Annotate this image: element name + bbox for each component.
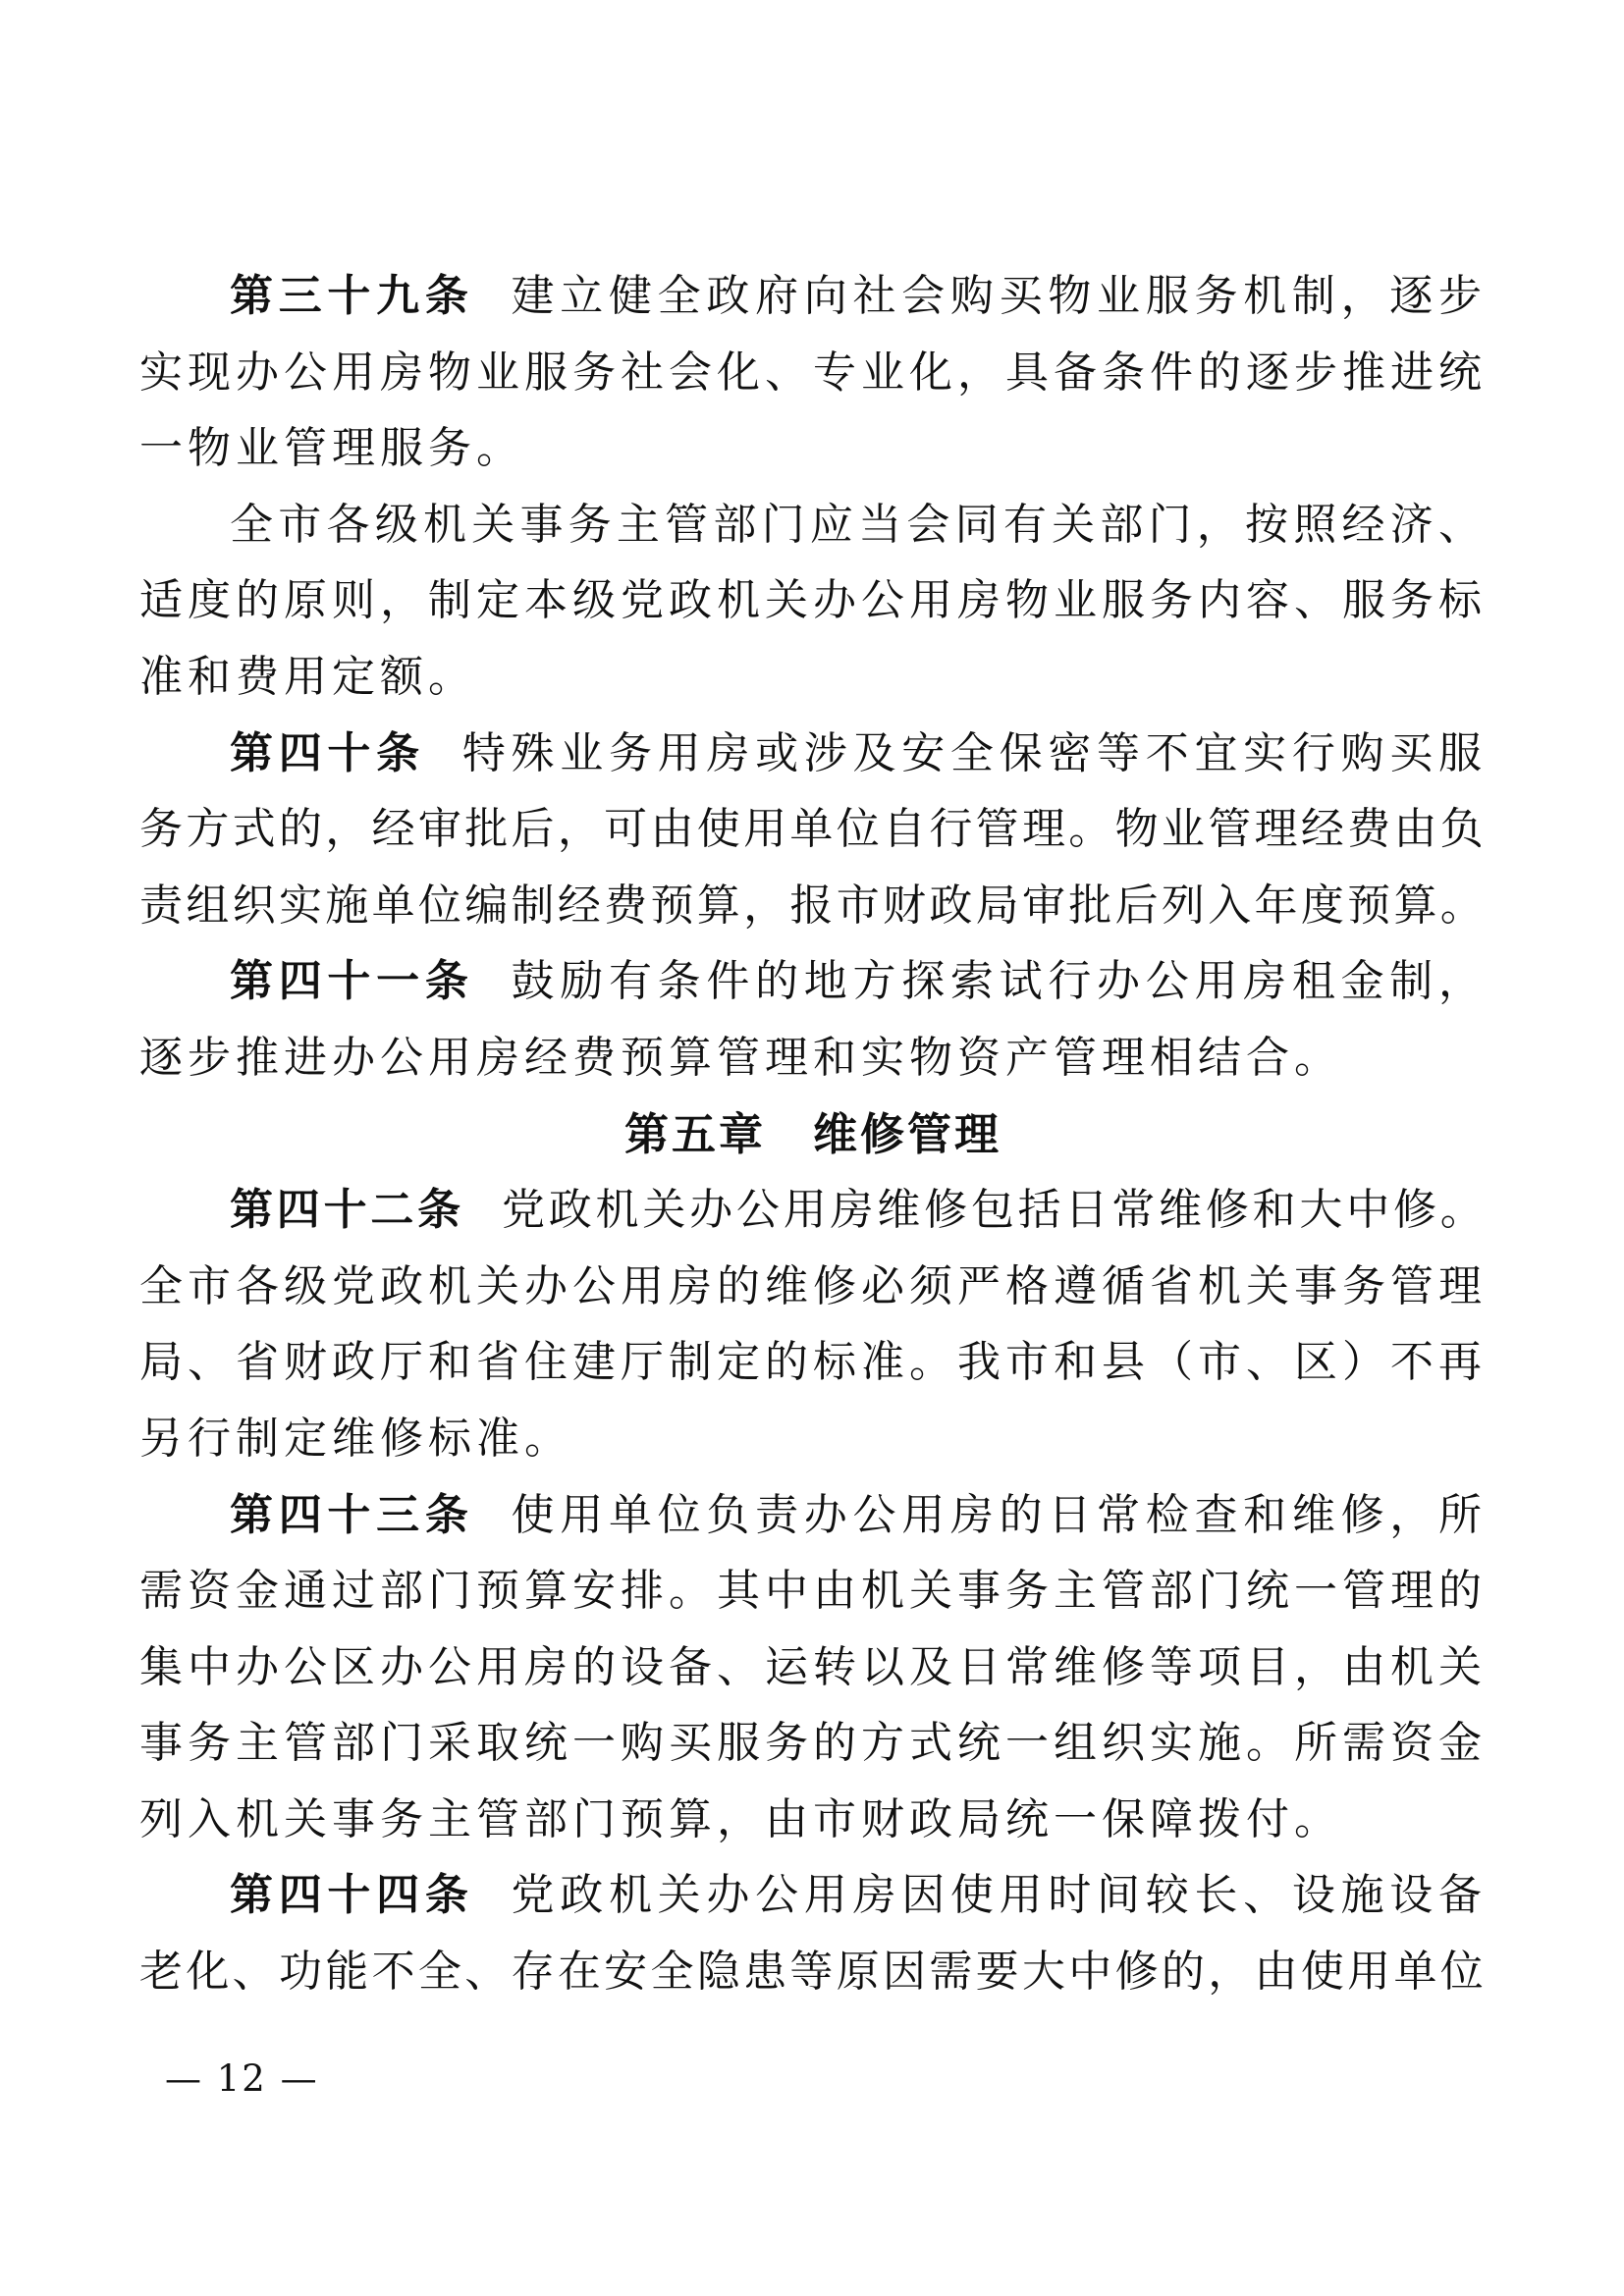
text-line: 事务主管部门采取统一购买服务的方式统一组织实施。所需资金 [139,1705,1487,1782]
article-number: 第四十二条 [230,1186,464,1234]
line-text: 另行制定维修标准。 [139,1415,572,1463]
line-text: 老化、功能不全、存在安全隐患等原因需要大中修的，由使用单位 [139,1948,1487,1996]
article-number: 第四十三条 [230,1491,474,1539]
text-line: 准和费用定额。 [139,639,1487,716]
text-line: 列入机关事务主管部门预算，由市财政局统一保障拨付。 [139,1782,1487,1858]
text-line: 全市各级党政机关办公用房的维修必须严格遵循省机关事务管理 [139,1249,1487,1325]
document-page: 第三十九条建立健全政府向社会购买物业服务机制，逐步 实现办公用房物业服务社会化、… [0,0,1624,2296]
text-line: 第四十条特殊业务用房或涉及安全保密等不宜实行购买服 [139,716,1487,792]
line-text: 需资金通过部门预算安排。其中由机关事务主管部门统一管理的 [139,1567,1487,1615]
chapter-heading: 第五章 维修管理 [139,1096,1487,1173]
text-line: 集中办公区办公用房的设备、运转以及日常维修等项目，由机关 [139,1629,1487,1706]
line-text: 局、省财政厅和省住建厅制定的标准。我市和县（市、区）不再 [139,1338,1487,1386]
page-number: — 12 — [165,2057,319,2101]
text-line: 第四十三条使用单位负责办公用房的日常检查和维修，所 [139,1477,1487,1554]
text-line: 实现办公用房物业服务社会化、专业化，具备条件的逐步推进统 [139,335,1487,411]
text-line: 第四十二条党政机关办公用房维修包括日常维修和大中修。 [139,1172,1487,1249]
line-text: 事务主管部门采取统一购买服务的方式统一组织实施。所需资金 [139,1719,1487,1767]
text-line: 务方式的，经审批后，可由使用单位自行管理。物业管理经费由负 [139,791,1487,868]
line-text: 准和费用定额。 [139,653,476,701]
text-line: 局、省财政厅和省住建厅制定的标准。我市和县（市、区）不再 [139,1324,1487,1401]
text-line: 适度的原则，制定本级党政机关办公用房物业服务内容、服务标 [139,562,1487,639]
text-line: 全市各级机关事务主管部门应当会同有关部门，按照经济、 [139,487,1487,563]
line-text: 特殊业务用房或涉及安全保密等不宜实行购买服 [462,729,1487,777]
article-number: 第三十九条 [230,272,474,320]
text-line: 另行制定维修标准。 [139,1401,1487,1477]
article-number: 第四十条 [230,729,425,777]
line-text: 适度的原则，制定本级党政机关办公用房物业服务内容、服务标 [139,576,1487,624]
article-number: 第四十一条 [230,957,474,1005]
line-text: 鼓励有条件的地方探索试行办公用房租金制， [512,957,1487,1005]
line-text: 逐步推进办公用房经费预算管理和实物资产管理相结合。 [139,1034,1342,1082]
line-text: 党政机关办公用房因使用时间较长、设施设备 [512,1871,1487,1919]
text-line: 逐步推进办公用房经费预算管理和实物资产管理相结合。 [139,1020,1487,1096]
article-number: 第四十四条 [230,1871,474,1919]
line-text: 使用单位负责办公用房的日常检查和维修，所 [512,1491,1487,1539]
text-line: 责组织实施单位编制经费预算，报市财政局审批后列入年度预算。 [139,868,1487,944]
line-text: 全市各级党政机关办公用房的维修必须严格遵循省机关事务管理 [139,1262,1487,1310]
line-text: 全市各级机关事务主管部门应当会同有关部门，按照经济、 [230,501,1487,549]
line-text: 务方式的，经审批后，可由使用单位自行管理。物业管理经费由负 [139,805,1487,853]
text-line: 第四十四条党政机关办公用房因使用时间较长、设施设备 [139,1857,1487,1934]
text-line: 第三十九条建立健全政府向社会购买物业服务机制，逐步 [139,258,1487,335]
line-text: 建立健全政府向社会购买物业服务机制，逐步 [512,272,1487,320]
page-body: 第三十九条建立健全政府向社会购买物业服务机制，逐步 实现办公用房物业服务社会化、… [139,258,1487,2010]
line-text: 党政机关办公用房维修包括日常维修和大中修。 [502,1186,1487,1234]
line-text: 集中办公区办公用房的设备、运转以及日常维修等项目，由机关 [139,1643,1487,1691]
line-text: 一物业管理服务。 [139,424,524,472]
line-text: 责组织实施单位编制经费预算，报市财政局审批后列入年度预算。 [139,881,1487,930]
text-line: 第四十一条鼓励有条件的地方探索试行办公用房租金制， [139,943,1487,1020]
text-line: 需资金通过部门预算安排。其中由机关事务主管部门统一管理的 [139,1553,1487,1629]
line-text: 列入机关事务主管部门预算，由市财政局统一保障拨付。 [139,1795,1342,1843]
text-line: 老化、功能不全、存在安全隐患等原因需要大中修的，由使用单位 [139,1934,1487,2010]
text-line: 一物业管理服务。 [139,410,1487,487]
line-text: 实现办公用房物业服务社会化、专业化，具备条件的逐步推进统 [139,348,1487,397]
